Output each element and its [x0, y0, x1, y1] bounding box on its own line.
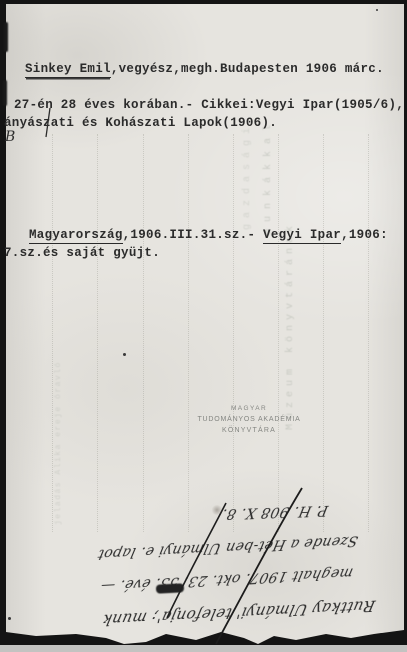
scanned-catalog-card: Múzeum könyvtárának munkákkal gazdasági …	[0, 0, 407, 652]
bleedthrough-text: Múzeum könyvtárának	[285, 221, 296, 430]
speck	[8, 617, 11, 620]
ink-scratch-out	[156, 583, 184, 593]
entry-line-1-rest: ,vegyész,megh.Budapesten 1906 márc.	[111, 62, 384, 76]
source-seg-2: ,1906.III.31.sz.-	[123, 228, 263, 242]
ruled-line	[278, 134, 279, 532]
entry-line-2: 27-én 28 éves korában.- Cikkei:Vegyi Ipa…	[14, 98, 404, 112]
ruled-line	[188, 134, 189, 532]
source-line-2: 7.sz.és saját gyüjt.	[4, 246, 160, 260]
scan-edge-artifact	[3, 80, 7, 106]
stamp-line-2: TUDOMÁNYOS AKADÉMIA	[179, 414, 319, 425]
speck	[376, 9, 378, 11]
source-title-1: Magyarország	[29, 228, 123, 244]
bleedthrough-text: jeladás Alika ereje óravló	[54, 361, 63, 525]
entry-name: Sinkey Emil	[25, 62, 111, 78]
handwritten-insert-letter: B	[5, 129, 15, 145]
smudge-mark	[211, 505, 223, 515]
scan-edge-artifact	[4, 22, 8, 52]
ruled-line	[323, 134, 324, 532]
bleedthrough-text: gazdasági	[242, 122, 253, 230]
scanner-bed-strip	[0, 645, 407, 652]
source-title-2: Vegyi Ipar	[263, 228, 341, 244]
speck	[123, 353, 126, 356]
ruled-line	[368, 134, 369, 532]
stamp-line-3: KÖNYVTÁRA	[179, 425, 319, 436]
ruled-line	[233, 134, 234, 532]
stamp-line-1: MAGYAR	[179, 404, 319, 414]
library-stamp: MAGYAR TUDOMÁNYOS AKADÉMIA KÖNYVTÁRA	[179, 404, 319, 436]
bleedthrough-text: munkákkal	[263, 118, 274, 235]
entry-line-3: ányászati és Kohászati Lapok(1906).	[4, 116, 277, 130]
ruled-line	[143, 134, 144, 532]
ruled-line	[52, 134, 53, 532]
source-seg-4: ,1906:	[341, 228, 388, 242]
entry-line-1: Sinkey Emil,vegyész,megh.Budapesten 1906…	[25, 62, 384, 76]
ruled-line	[97, 134, 98, 532]
source-line-1: Magyarország,1906.III.31.sz.- Vegyi Ipar…	[29, 228, 388, 242]
